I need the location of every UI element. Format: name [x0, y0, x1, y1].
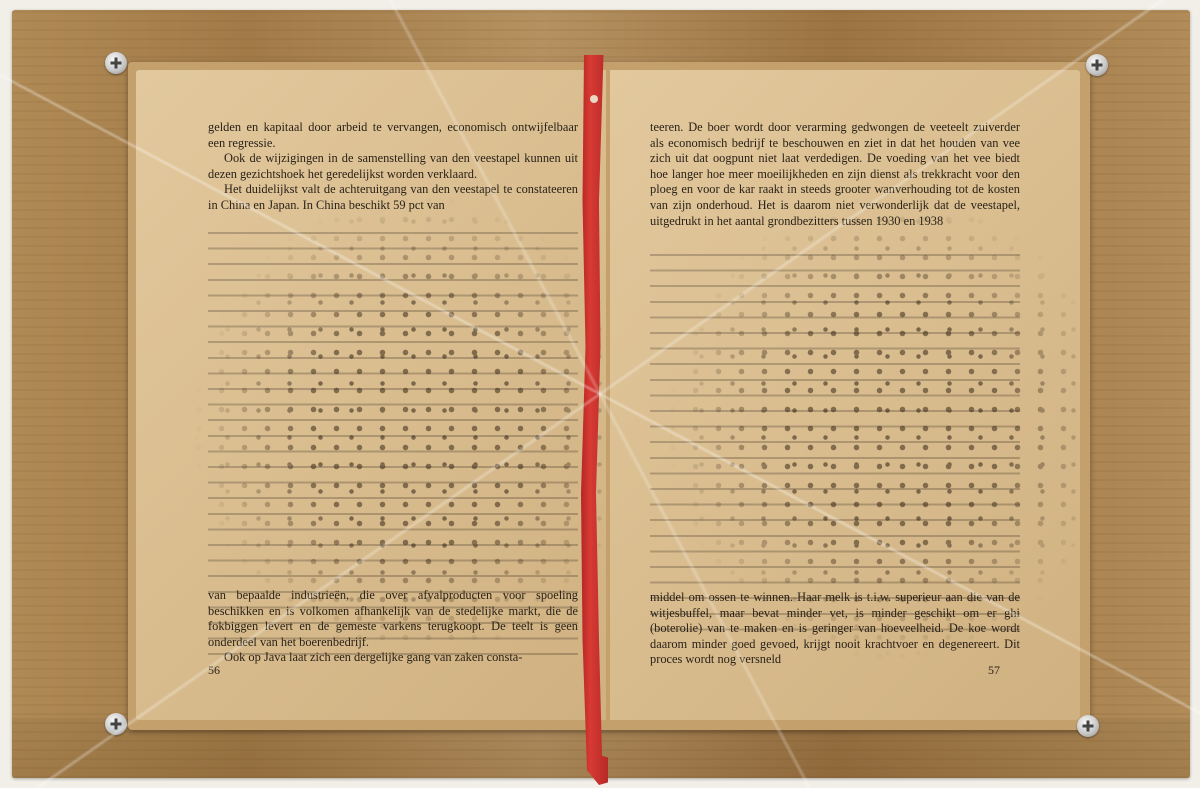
- right-page-bottom-text: middel om ossen te winnen. Haar melk is …: [650, 590, 1020, 668]
- page-number-right: 57: [988, 663, 1000, 678]
- left-page-bottom-text: van bepaalde industrieën, die over afval…: [208, 588, 578, 666]
- left-page: gelden en kapitaal door arbeid te vervan…: [136, 70, 606, 720]
- ribbon-hole: [590, 95, 598, 103]
- screw-icon-bottom-left: [105, 713, 127, 735]
- right-page: teeren. De boer wordt door verarming ged…: [610, 70, 1080, 720]
- screw-icon-bottom-right: [1077, 715, 1099, 737]
- screw-icon-top-left: [105, 52, 127, 74]
- page-number-left: 56: [208, 663, 220, 678]
- left-page-top-text: gelden en kapitaal door arbeid te vervan…: [208, 120, 578, 214]
- screw-icon-top-right: [1086, 54, 1108, 76]
- right-page-top-text: teeren. De boer wordt door verarming ged…: [650, 120, 1020, 229]
- right-page-eroded-text: [650, 248, 1020, 633]
- open-book: gelden en kapitaal door arbeid te vervan…: [128, 62, 1090, 730]
